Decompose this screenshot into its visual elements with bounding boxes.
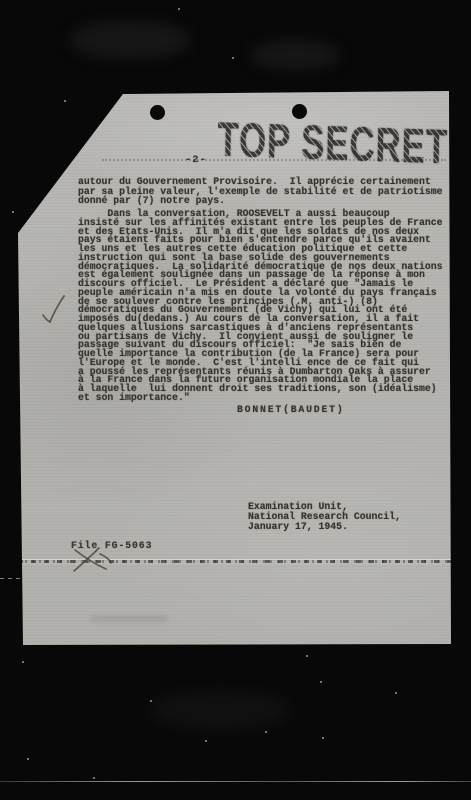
scan-speck [22, 661, 24, 663]
scan-speck [205, 740, 207, 742]
scan-speck [322, 737, 324, 739]
scan-speck [12, 211, 14, 213]
attribution-block: Examination Unit, National Research Coun… [248, 502, 401, 532]
stamp-underline-rule [102, 159, 446, 161]
document-page: TOP SECRET -2- autour du Gouvernement Pr… [18, 91, 451, 645]
x-mark-icon [70, 546, 116, 574]
scan-speck [93, 777, 95, 779]
scanned-document: TOP SECRET -2- autour du Gouvernement Pr… [0, 0, 471, 800]
scan-speck [178, 8, 180, 10]
scan-speck [306, 655, 308, 657]
scan-shadow-blob [150, 690, 290, 730]
page-number: -2- [185, 154, 207, 166]
pencil-smudge [90, 615, 168, 622]
hole-punch-left-icon [150, 105, 165, 120]
top-secret-stamp: TOP SECRET [217, 113, 453, 176]
scan-speck [232, 57, 234, 59]
scan-speck [150, 700, 152, 702]
crease-tail [0, 578, 24, 579]
paragraph-2: Dans la conversation, ROOSEVELT a aussi … [78, 210, 443, 403]
scan-speck [64, 100, 66, 102]
scan-artifact-line [0, 781, 471, 782]
signature: BONNET(BAUDET) [237, 404, 345, 415]
scan-speck [395, 692, 397, 694]
scan-shadow-blob [250, 40, 340, 70]
checkmark-icon [41, 293, 67, 329]
scan-speck [265, 731, 267, 733]
scan-shadow-blob [70, 20, 190, 60]
paragraph-1: autour du Gouvernement Provisoire. Il ap… [78, 177, 443, 206]
scan-speck [320, 681, 322, 683]
scan-speck [27, 758, 29, 760]
